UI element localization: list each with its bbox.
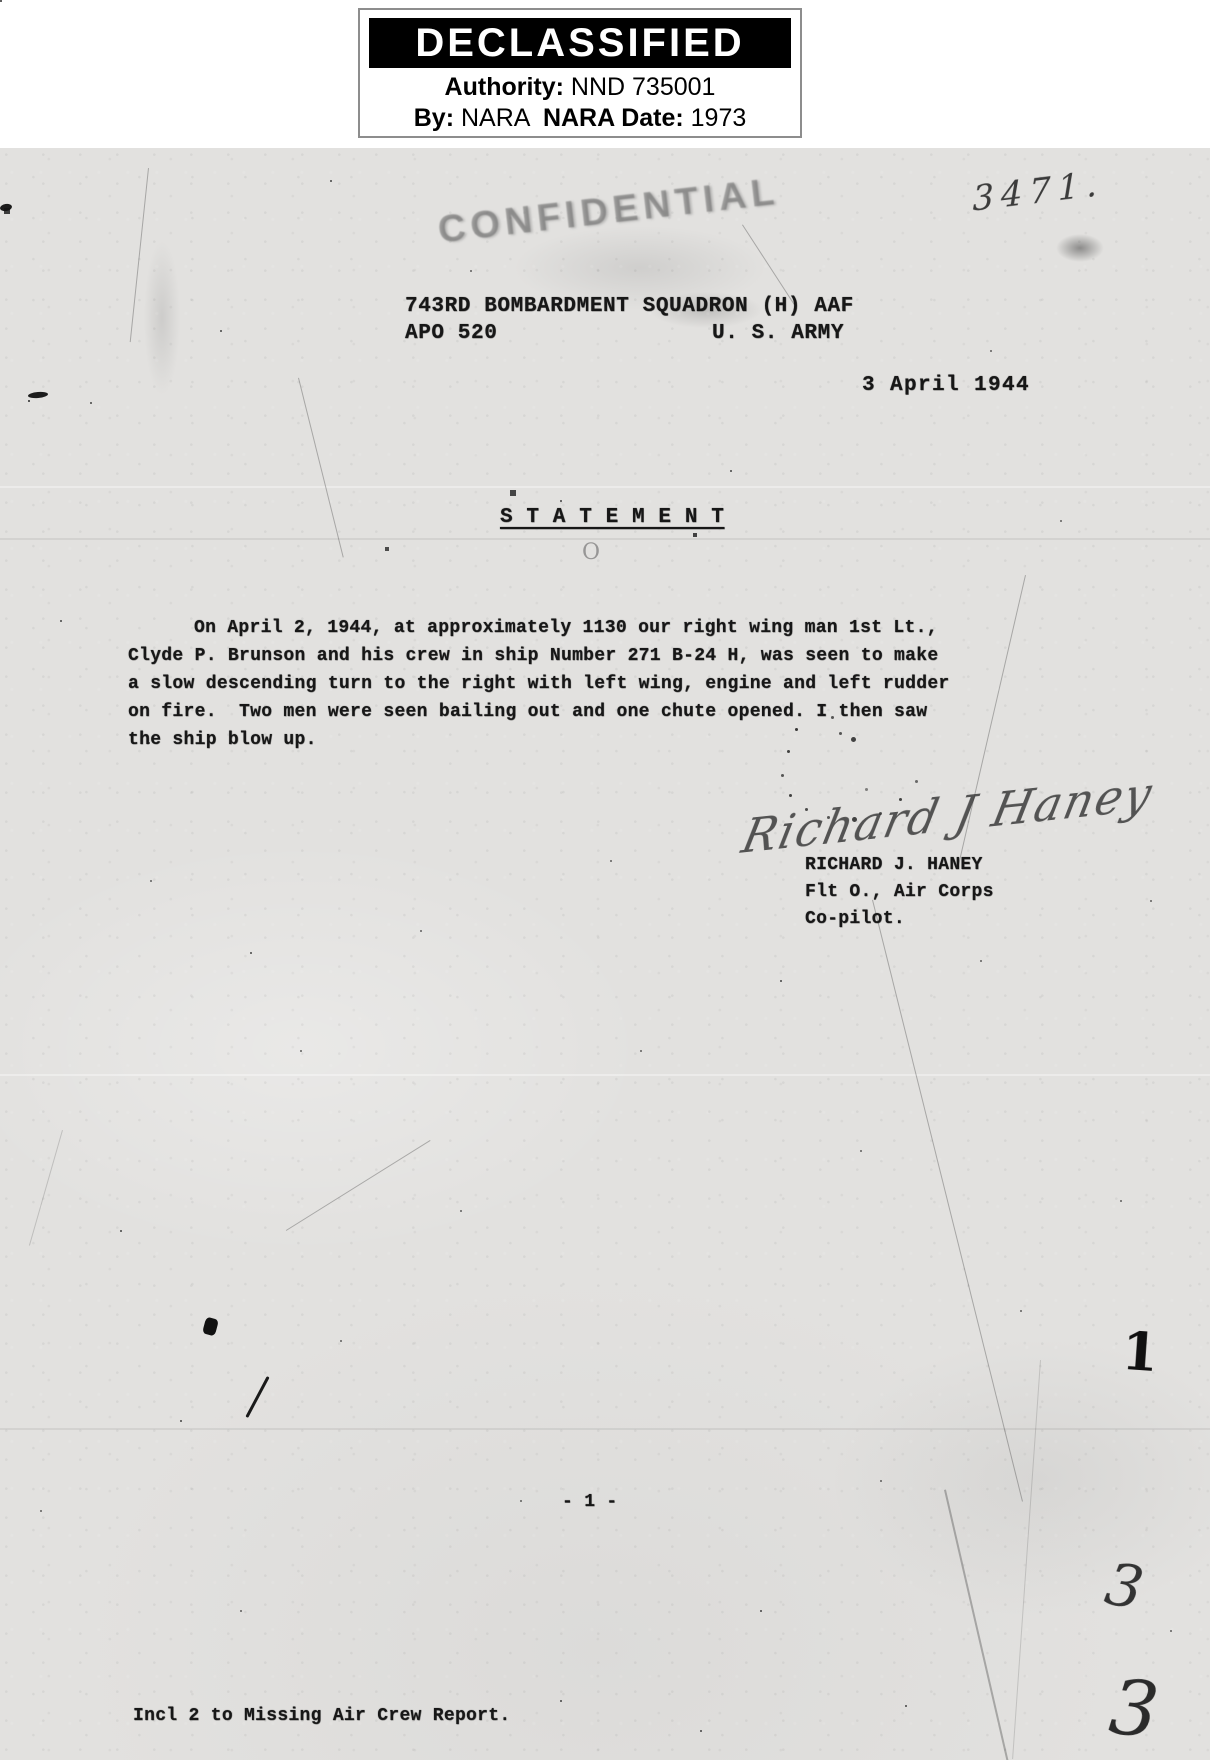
handwritten-mark-1: 1: [1120, 1321, 1160, 1384]
body-line: the ship blow up.: [128, 726, 968, 754]
by-label: By:: [414, 104, 454, 132]
handwritten-mark-3: 3: [1105, 1662, 1162, 1756]
scan-artifact-line: [0, 538, 1210, 540]
statement-title: S T A T E M E N T: [500, 506, 724, 529]
authority-line: Authority: NND 735001: [360, 72, 800, 103]
by-value: NARA: [454, 104, 543, 132]
signer-rank: Flt O., Air Corps: [805, 882, 994, 902]
body-line: On April 2, 1944, at approximately 1130 …: [128, 614, 968, 642]
document-date: 3 April 1944: [862, 374, 1030, 397]
statement-body: On April 2, 1944, at approximately 1130 …: [128, 614, 968, 754]
by-line: By: NARA NARA Date: 1973: [360, 103, 800, 134]
body-line: a slow descending turn to the right with…: [128, 670, 968, 698]
incl-note: Incl 2 to Missing Air Crew Report.: [133, 1706, 510, 1726]
nara-date-value: 1973: [684, 104, 747, 132]
body-line: Clyde P. Brunson and his crew in ship Nu…: [128, 642, 968, 670]
ink-spatter: [795, 728, 798, 731]
declassified-title: DECLASSIFIED: [369, 18, 791, 68]
paper-speckles: [0, 0, 2, 2]
authority-label: Authority:: [445, 73, 564, 101]
letterhead-unit: 743RD BOMBARDMENT SQUADRON (H) AAF: [405, 295, 854, 318]
declassified-banner: DECLASSIFIED Authority: NND 735001 By: N…: [358, 8, 802, 138]
page-number: - 1 -: [562, 1492, 618, 1512]
stray-mark-o: O: [582, 540, 600, 565]
signer-name: RICHARD J. HANEY: [805, 855, 983, 875]
letterhead-apo: APO 520: [405, 322, 497, 345]
scan-artifact-line: [0, 1428, 1210, 1430]
signer-role: Co-pilot.: [805, 909, 905, 929]
scan-artifact-line: [0, 1074, 1210, 1076]
body-line: on fire. Two men were seen bailing out a…: [128, 698, 968, 726]
authority-value: NND 735001: [564, 73, 715, 101]
nara-date-label: NARA Date:: [543, 104, 684, 132]
scan-artifact-line: [0, 486, 1210, 488]
letterhead-army: U. S. ARMY: [712, 322, 844, 345]
